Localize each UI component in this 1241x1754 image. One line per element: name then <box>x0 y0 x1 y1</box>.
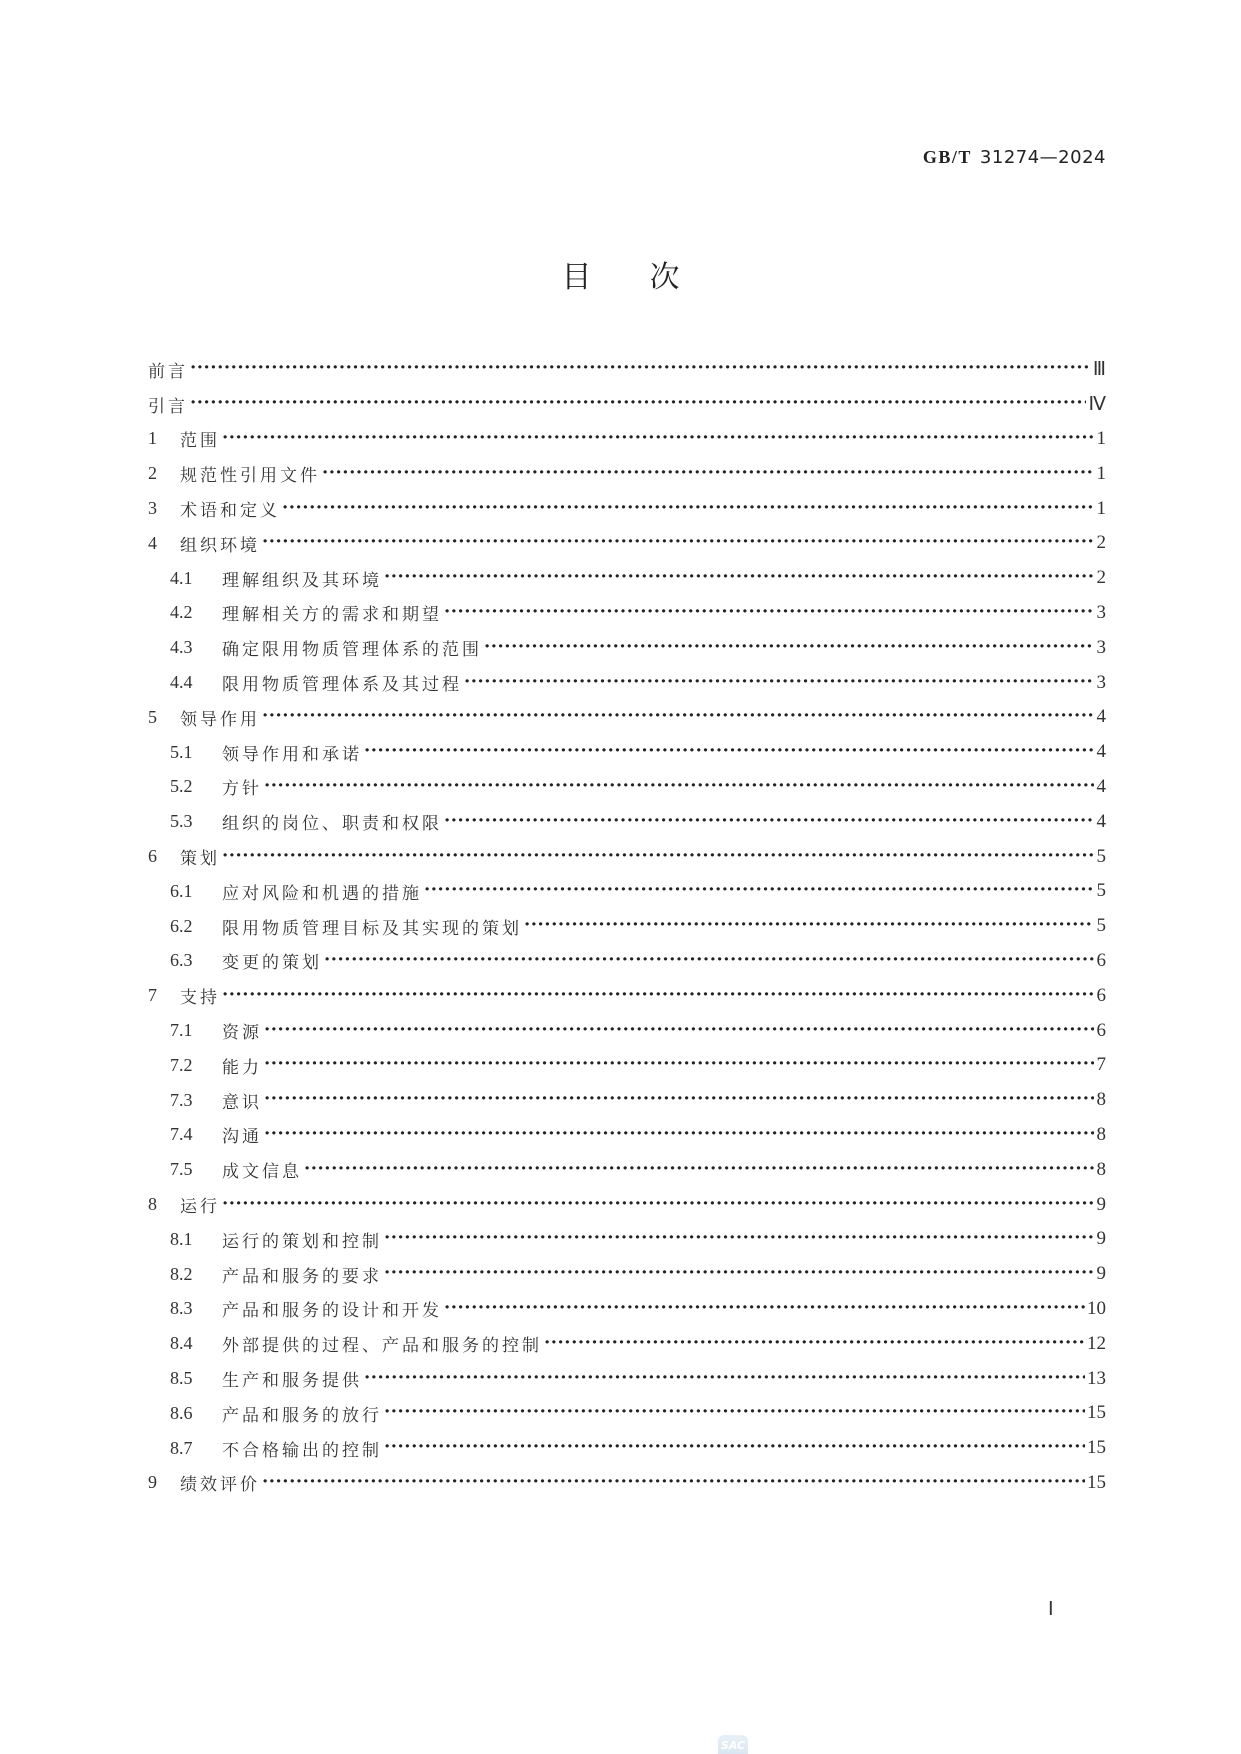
toc-entry-page: 9 <box>1096 1263 1106 1285</box>
toc-title-char-1: 目 <box>562 252 592 296</box>
toc-entry[interactable]: 8.5生产和服务提供13 <box>148 1361 1106 1396</box>
toc-entry-number: 8.3 <box>170 1298 222 1319</box>
toc-entry-title: 方针 <box>222 774 262 799</box>
toc-entry-number: 6.3 <box>170 950 222 971</box>
toc-entry-title: 资源 <box>222 1018 262 1043</box>
toc-entry-title: 限用物质管理目标及其实现的策划 <box>222 914 522 939</box>
toc-entry-title: 支持 <box>180 983 220 1008</box>
page-number: Ⅰ <box>1048 1598 1054 1621</box>
toc-entry[interactable]: 1范围1 <box>148 422 1106 457</box>
toc-entry[interactable]: 5领导作用4 <box>148 700 1106 735</box>
toc-entry-number: 6 <box>148 846 180 867</box>
toc-entry-number: 7.2 <box>170 1055 222 1076</box>
toc-entry[interactable]: 4.1理解组织及其环境2 <box>148 561 1106 596</box>
toc-entry-page: 3 <box>1096 602 1106 624</box>
dot-leader <box>282 500 1094 518</box>
dot-leader <box>384 1439 1085 1457</box>
toc-entry-title: 变更的策划 <box>222 948 322 973</box>
toc-entry-page: 5 <box>1096 915 1106 937</box>
toc-entry-title: 不合格输出的控制 <box>222 1436 382 1461</box>
toc-entry-title: 领导作用 <box>180 705 260 730</box>
toc-entry-number: 5 <box>148 707 180 728</box>
toc-entry[interactable]: 4.4限用物质管理体系及其过程3 <box>148 665 1106 700</box>
toc-entry-page: 1 <box>1096 428 1106 450</box>
dot-leader <box>190 395 1086 413</box>
toc-entry-number: 8.4 <box>170 1333 222 1354</box>
toc-entry[interactable]: 8.4外部提供的过程、产品和服务的控制12 <box>148 1326 1106 1361</box>
toc-entry-page: 8 <box>1096 1089 1106 1111</box>
sac-logo-icon: SAC <box>718 1735 748 1754</box>
toc-entry-number: 4.1 <box>170 568 222 589</box>
dot-leader <box>264 1056 1094 1074</box>
toc-entry[interactable]: 6.1应对风险和机遇的措施5 <box>148 874 1106 909</box>
toc-entry[interactable]: 7.4沟通8 <box>148 1118 1106 1153</box>
toc-entry-page: 5 <box>1096 846 1106 868</box>
toc-entry-page: 4 <box>1096 741 1106 763</box>
toc-entry-number: 8.2 <box>170 1264 222 1285</box>
toc-entry[interactable]: 4.2理解相关方的需求和期望3 <box>148 596 1106 631</box>
toc-entry-page: 5 <box>1096 880 1106 902</box>
toc-entry-title: 术语和定义 <box>180 496 280 521</box>
toc-entry-page: 15 <box>1087 1437 1106 1459</box>
toc-entry-title: 领导作用和承诺 <box>222 740 362 765</box>
dot-leader <box>324 952 1094 970</box>
toc-entry-page: 1 <box>1096 463 1106 485</box>
toc-entry[interactable]: 7.5成文信息8 <box>148 1152 1106 1187</box>
toc-entry[interactable]: 7.1资源6 <box>148 1013 1106 1048</box>
toc-entry[interactable]: 前言Ⅲ <box>148 352 1106 387</box>
toc-title-char-2: 次 <box>650 252 680 296</box>
toc-entry-number: 7.5 <box>170 1159 222 1180</box>
toc-entry-number: 5.2 <box>170 776 222 797</box>
toc-entry-title: 限用物质管理体系及其过程 <box>222 670 462 695</box>
toc-entry[interactable]: 6.2限用物质管理目标及其实现的策划5 <box>148 909 1106 944</box>
toc-entry-title: 组织的岗位、职责和权限 <box>222 809 442 834</box>
toc-entry-title: 前言 <box>148 357 188 382</box>
toc-entry-title: 沟通 <box>222 1122 262 1147</box>
toc-entry[interactable]: 引言Ⅳ <box>148 387 1106 422</box>
toc-entry[interactable]: 8.1运行的策划和控制9 <box>148 1222 1106 1257</box>
dot-leader <box>444 1300 1085 1318</box>
toc-entry-title: 产品和服务的设计和开发 <box>222 1296 442 1321</box>
toc-entry-number: 5.3 <box>170 811 222 832</box>
toc-entry-page: 2 <box>1096 532 1106 554</box>
standard-number: 31274—2024 <box>980 147 1106 168</box>
dot-leader <box>264 1091 1094 1109</box>
toc-entry-number: 5.1 <box>170 742 222 763</box>
dot-leader <box>264 1022 1094 1040</box>
toc-entry-page: 9 <box>1096 1194 1106 1216</box>
toc-entry-title: 理解组织及其环境 <box>222 566 382 591</box>
dot-leader <box>190 360 1091 378</box>
toc-entry[interactable]: 5.3组织的岗位、职责和权限4 <box>148 804 1106 839</box>
toc-entry-page: 2 <box>1096 567 1106 589</box>
dot-leader <box>464 674 1094 692</box>
dot-leader <box>384 569 1094 587</box>
toc-entry-page: 10 <box>1087 1298 1106 1320</box>
toc-entry[interactable]: 2规范性引用文件1 <box>148 456 1106 491</box>
toc-entry[interactable]: 4.3确定限用物质管理体系的范围3 <box>148 630 1106 665</box>
toc-entry-title: 产品和服务的要求 <box>222 1262 382 1287</box>
dot-leader <box>364 743 1094 761</box>
toc-entry-number: 7.3 <box>170 1090 222 1111</box>
toc-entry-title: 应对风险和机遇的措施 <box>222 879 422 904</box>
toc-entry-page: 3 <box>1096 672 1106 694</box>
toc-entry[interactable]: 6.3变更的策划6 <box>148 944 1106 979</box>
toc-entry-page: Ⅳ <box>1088 393 1106 416</box>
toc-entry-number: 8.1 <box>170 1229 222 1250</box>
toc-entry-number: 4.2 <box>170 602 222 623</box>
toc-entry[interactable]: 5.2方针4 <box>148 770 1106 805</box>
toc-entry[interactable]: 8运行9 <box>148 1187 1106 1222</box>
dot-leader <box>384 1265 1094 1283</box>
toc-entry[interactable]: 4组织环境2 <box>148 526 1106 561</box>
toc-entry[interactable]: 7.2能力7 <box>148 1048 1106 1083</box>
dot-leader <box>444 604 1094 622</box>
toc-entry-page: 8 <box>1096 1159 1106 1181</box>
toc-entry-number: 4 <box>148 533 180 554</box>
toc-entry-number: 4.4 <box>170 672 222 693</box>
toc-entry-page: 6 <box>1096 1020 1106 1042</box>
toc-entry-title: 范围 <box>180 426 220 451</box>
dot-leader <box>262 708 1094 726</box>
standard-prefix: GB/T <box>923 147 972 167</box>
toc-entry-number: 7.1 <box>170 1020 222 1041</box>
toc-entry-page: 8 <box>1096 1124 1106 1146</box>
toc-entry[interactable]: 7.3意识8 <box>148 1083 1106 1118</box>
toc-entry-page: 6 <box>1096 985 1106 1007</box>
toc-entry-number: 8 <box>148 1194 180 1215</box>
dot-leader <box>384 1404 1085 1422</box>
toc-entry-title: 外部提供的过程、产品和服务的控制 <box>222 1331 542 1356</box>
dot-leader <box>364 1370 1085 1388</box>
toc-entry-page: 9 <box>1096 1228 1106 1250</box>
dot-leader <box>424 882 1094 900</box>
toc-entry-title: 组织环境 <box>180 531 260 556</box>
toc-entry-page: 3 <box>1096 637 1106 659</box>
toc-title: 目次 <box>0 252 1241 296</box>
toc-entry-title: 运行 <box>180 1192 220 1217</box>
dot-leader <box>222 987 1094 1005</box>
toc-entry-number: 9 <box>148 1472 180 1493</box>
toc-entry-title: 成文信息 <box>222 1157 302 1182</box>
toc-entry-title: 规范性引用文件 <box>180 461 320 486</box>
toc-entry-number: 6.1 <box>170 881 222 902</box>
toc-entry-number: 8.5 <box>170 1368 222 1389</box>
toc-entry[interactable]: 8.6产品和服务的放行15 <box>148 1396 1106 1431</box>
dot-leader <box>322 465 1094 483</box>
toc-entry-page: 4 <box>1096 776 1106 798</box>
toc-entry-title: 引言 <box>148 392 188 417</box>
dot-leader <box>262 1474 1085 1492</box>
toc-entry-title: 能力 <box>222 1053 262 1078</box>
toc-entry[interactable]: 3术语和定义1 <box>148 491 1106 526</box>
toc-entry-number: 1 <box>148 428 180 449</box>
toc-entry[interactable]: 9绩效评价15 <box>148 1466 1106 1501</box>
toc-entry-title: 生产和服务提供 <box>222 1366 362 1391</box>
dot-leader <box>264 778 1094 796</box>
dot-leader <box>222 1196 1094 1214</box>
toc-entry-number: 7.4 <box>170 1124 222 1145</box>
toc-entry-number: 2 <box>148 463 180 484</box>
dot-leader <box>222 430 1094 448</box>
toc-entry-number: 6.2 <box>170 916 222 937</box>
dot-leader <box>304 1161 1094 1179</box>
toc-entry[interactable]: 6策划5 <box>148 839 1106 874</box>
toc-entry-number: 8.6 <box>170 1403 222 1424</box>
dot-leader <box>384 1230 1094 1248</box>
toc-entry-title: 确定限用物质管理体系的范围 <box>222 635 482 660</box>
toc-entry-page: Ⅲ <box>1093 358 1106 381</box>
toc-entry-number: 7 <box>148 985 180 1006</box>
toc-entry[interactable]: 8.3产品和服务的设计和开发10 <box>148 1292 1106 1327</box>
toc-entry-number: 8.7 <box>170 1438 222 1459</box>
toc-entry-title: 运行的策划和控制 <box>222 1227 382 1252</box>
dot-leader <box>524 917 1094 935</box>
toc-entry-page: 15 <box>1087 1402 1106 1424</box>
toc-entry-title: 策划 <box>180 844 220 869</box>
toc-entry-page: 4 <box>1096 811 1106 833</box>
dot-leader <box>264 1126 1094 1144</box>
toc-entry[interactable]: 8.7不合格输出的控制15 <box>148 1431 1106 1466</box>
toc-entry-number: 4.3 <box>170 637 222 658</box>
toc-entry-number: 3 <box>148 498 180 519</box>
dot-leader <box>484 639 1094 657</box>
toc-entry-title: 绩效评价 <box>180 1470 260 1495</box>
standard-code: GB/T31274—2024 <box>923 147 1106 168</box>
toc-entry-title: 理解相关方的需求和期望 <box>222 600 442 625</box>
toc-entry[interactable]: 5.1领导作用和承诺4 <box>148 735 1106 770</box>
toc-entry-page: 12 <box>1087 1333 1106 1355</box>
toc-entry-page: 6 <box>1096 950 1106 972</box>
toc-entry-page: 1 <box>1096 498 1106 520</box>
dot-leader <box>444 813 1094 831</box>
dot-leader <box>262 534 1094 552</box>
dot-leader <box>544 1335 1085 1353</box>
toc-entry-page: 15 <box>1087 1472 1106 1494</box>
toc-entry-page: 7 <box>1096 1054 1106 1076</box>
dot-leader <box>222 848 1094 866</box>
toc-entry[interactable]: 8.2产品和服务的要求9 <box>148 1257 1106 1292</box>
toc-entry-page: 4 <box>1096 706 1106 728</box>
toc-list: 前言Ⅲ引言Ⅳ1范围12规范性引用文件13术语和定义14组织环境24.1理解组织及… <box>148 352 1106 1500</box>
toc-entry-page: 13 <box>1087 1368 1106 1390</box>
toc-entry[interactable]: 7支持6 <box>148 978 1106 1013</box>
toc-entry-title: 意识 <box>222 1088 262 1113</box>
toc-entry-title: 产品和服务的放行 <box>222 1401 382 1426</box>
